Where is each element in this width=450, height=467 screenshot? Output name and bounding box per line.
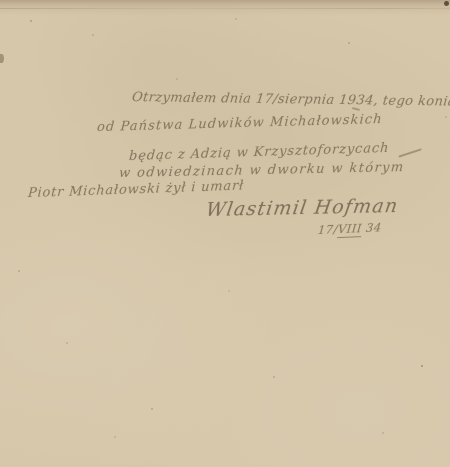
inscription-line-from-family: od Państwa Ludwików Michałowskich <box>96 112 383 135</box>
left-edge-smudge <box>0 54 4 63</box>
date-month: VIII <box>337 221 362 238</box>
artist-signature: Wlastimil Hofman <box>204 195 400 221</box>
aged-paper-verso: Otrzymałem dnia 17/sierpnia 1934, tego k… <box>0 0 450 467</box>
date-day: 17/ <box>317 222 338 237</box>
inscription-line-received: Otrzymałem dnia 17/sierpnia 1934, tego k… <box>131 90 450 110</box>
inscription-date: 17/VIII 34 <box>317 220 382 237</box>
corner-speck <box>444 1 449 6</box>
paper-speckles <box>30 20 32 22</box>
inscription-line-michalowski: Piotr Michałowski żył i umarł <box>27 178 244 201</box>
date-year: 34 <box>361 220 382 235</box>
inscription-line-visit: w odwiedzinach w dworku w którym <box>118 160 405 181</box>
pencil-flourish <box>398 148 421 157</box>
top-crease-line <box>0 8 450 9</box>
